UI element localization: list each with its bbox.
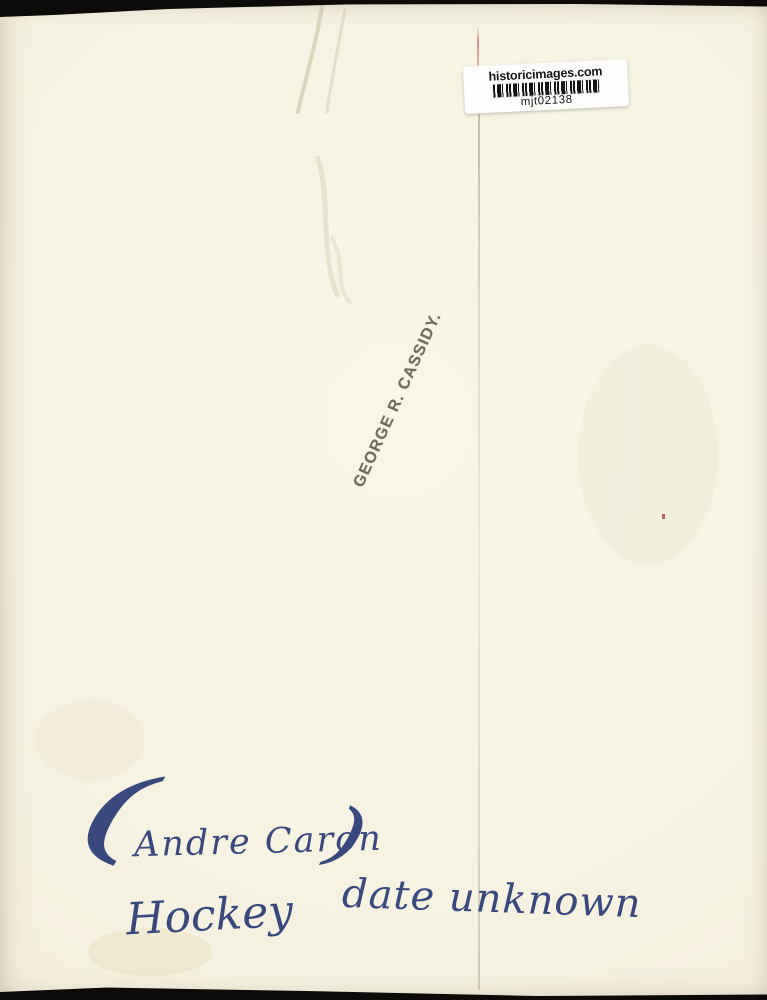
handwritten-close-paren: ) bbox=[320, 799, 373, 870]
photographer-stamp: GEORGE R. CASSIDY. bbox=[351, 310, 445, 490]
sticker-code-text: mjt02138 bbox=[465, 91, 629, 111]
photo-back-paper: historicimages.com mjt02138 GEORGE R. CA… bbox=[0, 0, 767, 1000]
scanner-bed: { "sticker": { "site": "historicimages.c… bbox=[0, 0, 767, 1000]
barcode-sticker: historicimages.com mjt02138 bbox=[463, 59, 629, 114]
handwritten-date-note: date unknown bbox=[341, 871, 642, 927]
scan-stage: historicimages.com mjt02138 GEORGE R. CA… bbox=[0, 0, 767, 1000]
red-crease-mark bbox=[477, 27, 479, 67]
handwritten-category: Hockey bbox=[125, 886, 295, 946]
vertical-crease bbox=[478, 112, 480, 990]
red-speck bbox=[662, 514, 665, 519]
